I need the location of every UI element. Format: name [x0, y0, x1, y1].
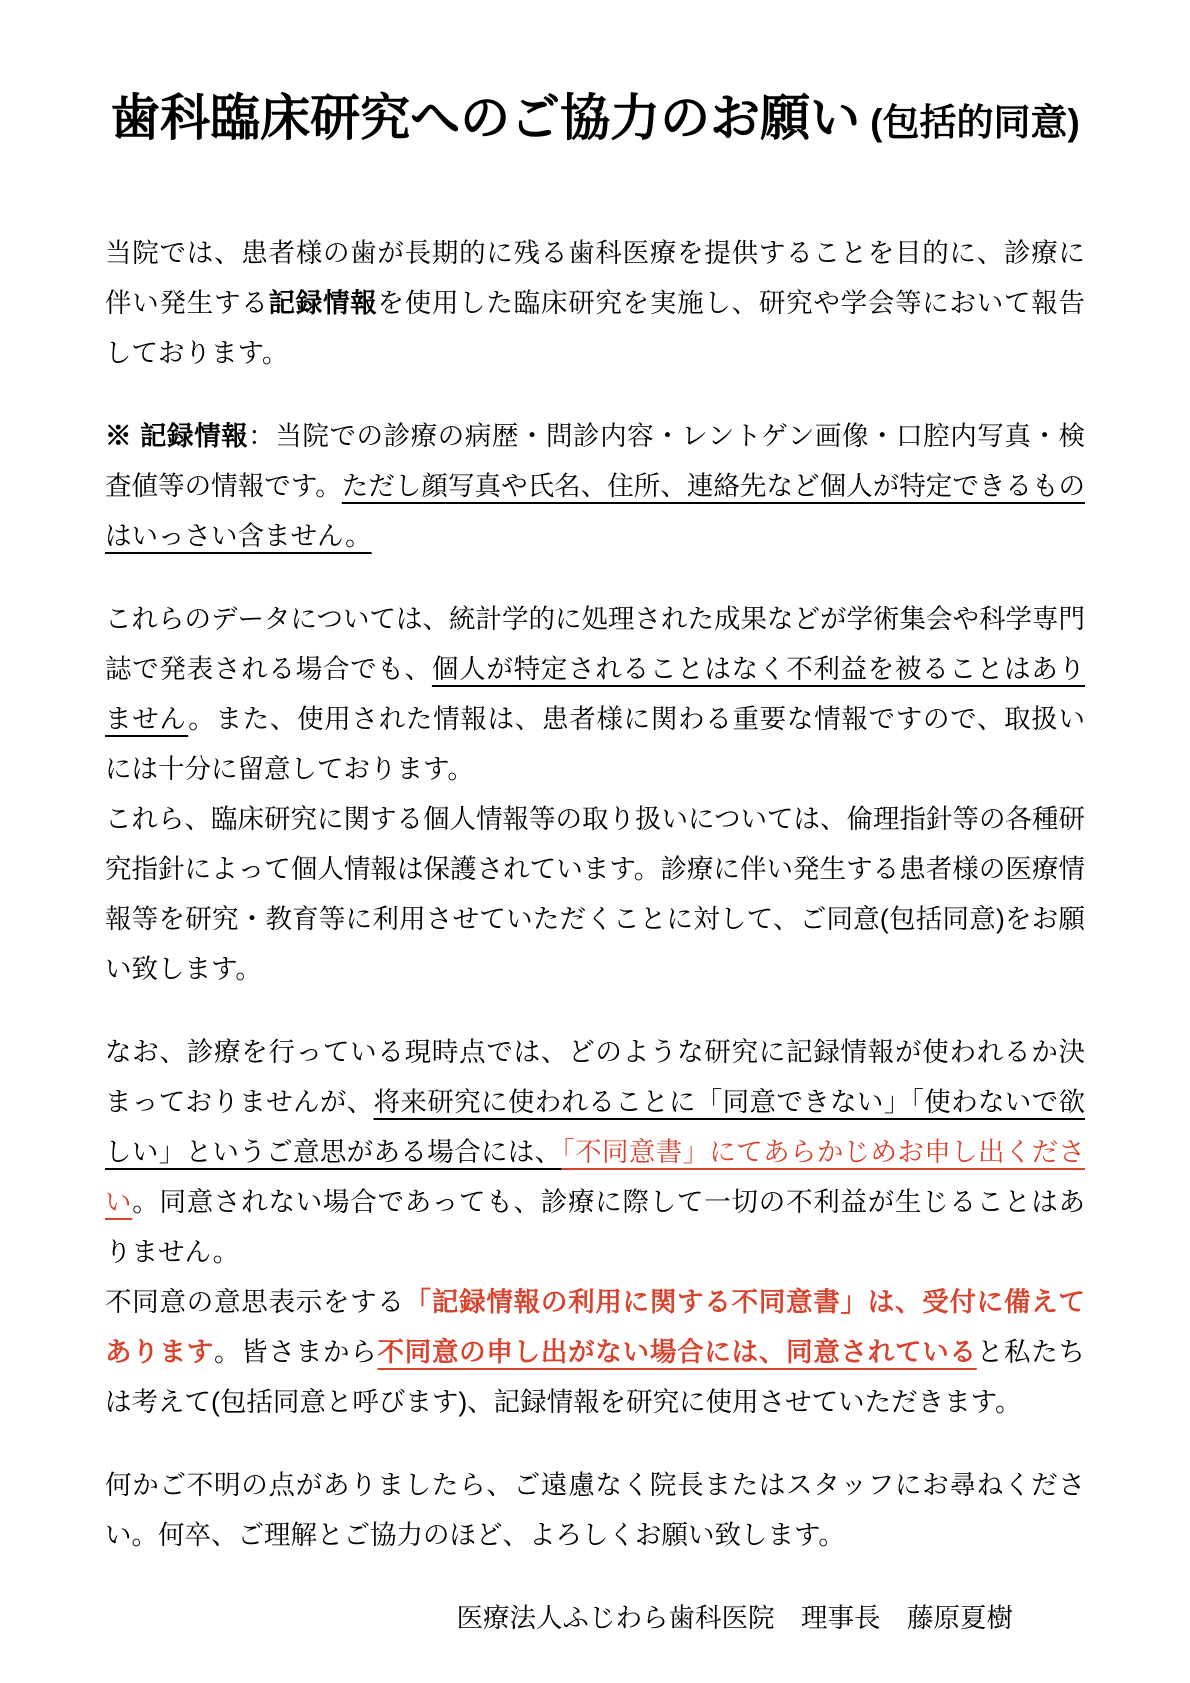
- bold-term-record-info: 記録情報: [268, 288, 377, 318]
- signature-line: 医療法人ふじわら歯科医院 理事長 藤原夏樹: [105, 1593, 1085, 1643]
- paragraph-privacy-protection: これら、臨床研究に関する個人情報等の取り扱いについては、倫理指針等の各種研究指針…: [105, 794, 1085, 994]
- page-title-subtitle: (包括的同意): [870, 102, 1080, 143]
- text-segment: これら、臨床研究に関する個人情報等の取り扱いについては、倫理指針等の各種研究指針…: [105, 804, 1085, 984]
- text-segment: 。また、使用された情報は、患者様に関わる重要な情報ですので、取扱いには十分に留意…: [105, 704, 1085, 784]
- text-segment: 。同意されない場合であっても、診療に際して一切の不利益が生じることはありません。: [105, 1187, 1085, 1267]
- paragraph-disagreement-form: 不同意の意思表示をする「記録情報の利用に関する不同意書」は、受付に備えてあります…: [105, 1277, 1085, 1427]
- paragraph-intro: 当院では、患者様の歯が長期的に残る歯科医療を提供することを目的に、診療に伴い発生…: [105, 228, 1085, 378]
- red-bold-underlined-implied-consent: 不同意の申し出がない場合には、同意されている: [377, 1337, 976, 1367]
- text-segment: 。皆さまから: [214, 1337, 377, 1367]
- paragraph-record-info-definition: ※ 記録情報：当院での診療の病歴・問診内容・レントゲン画像・口腔内写真・検査値等…: [105, 411, 1085, 561]
- paragraph-future-research: なお、診療を行っている現時点では、どのような研究に記録情報が使われるか決まってお…: [105, 1027, 1085, 1277]
- text-segment: 何かご不明の点がありましたら、ご遠慮なく院長またはスタッフにお尋ねください。何卒…: [105, 1470, 1085, 1550]
- page-title-main: 歯科臨床研究へのご協力のお願い: [110, 90, 860, 146]
- paragraph-contact: 何かご不明の点がありましたら、ご遠慮なく院長またはスタッフにお尋ねください。何卒…: [105, 1460, 1085, 1560]
- text-segment: 不同意の意思表示をする: [105, 1287, 405, 1317]
- paragraph-data-usage: これらのデータについては、統計学的に処理された成果などが学術集会や科学専門誌で発…: [105, 594, 1085, 794]
- document-page: 歯科臨床研究へのご協力のお願い(包括的同意) 当院では、患者様の歯が長期的に残る…: [0, 0, 1190, 1683]
- bold-label-record-info: ※ 記録情報: [105, 421, 248, 451]
- page-title: 歯科臨床研究へのご協力のお願い(包括的同意): [105, 88, 1085, 153]
